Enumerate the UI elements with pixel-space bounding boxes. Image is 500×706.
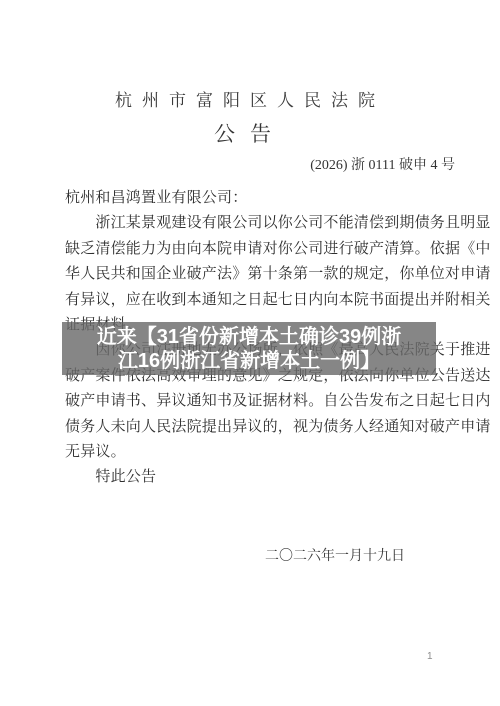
case-number: (2026) 浙 0111 破申 4 号 [310, 154, 455, 174]
body-line: 缺乏清偿能力为由向本院申请对你公司进行破产清算。依据《中 [65, 237, 457, 262]
body-line: 破产申请书、异议通知书及证据材料。自公告发布之日起七日内 [65, 389, 457, 414]
court-notice-page: 杭州市富阳区人民法院 公告 (2026) 浙 0111 破申 4 号 杭州和昌鸿… [0, 0, 500, 706]
news-headline-overlay[interactable]: 近来【31省份新增本土确诊39例浙 江16例浙江省新增本土一例】 [62, 322, 436, 375]
news-headline-line-2: 江16例浙江省新增本土一例】 [118, 349, 380, 373]
notice-date: 二〇二六年一月十九日 [265, 545, 405, 565]
news-headline-line-1: 近来【31省份新增本土确诊39例浙 [97, 325, 402, 349]
body-line: 有异议，应在收到本通知之日起七日内向本院书面提出并附相关 [65, 288, 457, 313]
body-line: 华人民共和国企业破产法》第十条第一款的规定，你单位对申请 [65, 262, 457, 287]
addressee-line: 杭州和昌鸿置业有限公司： [65, 186, 457, 211]
notice-title: 公告 [0, 118, 500, 148]
court-name-title: 杭州市富阳区人民法院 [0, 86, 500, 111]
closing-line: 特此公告 [65, 465, 457, 490]
page-number: 1 [427, 651, 433, 662]
body-line: 债务人未向人民法院提出异议的，视为债务人经通知对破产申请 [65, 415, 457, 440]
body-line: 浙江某景观建设有限公司以你公司不能清偿到期债务且明显 [65, 211, 457, 236]
body-line: 无异议。 [65, 440, 457, 465]
